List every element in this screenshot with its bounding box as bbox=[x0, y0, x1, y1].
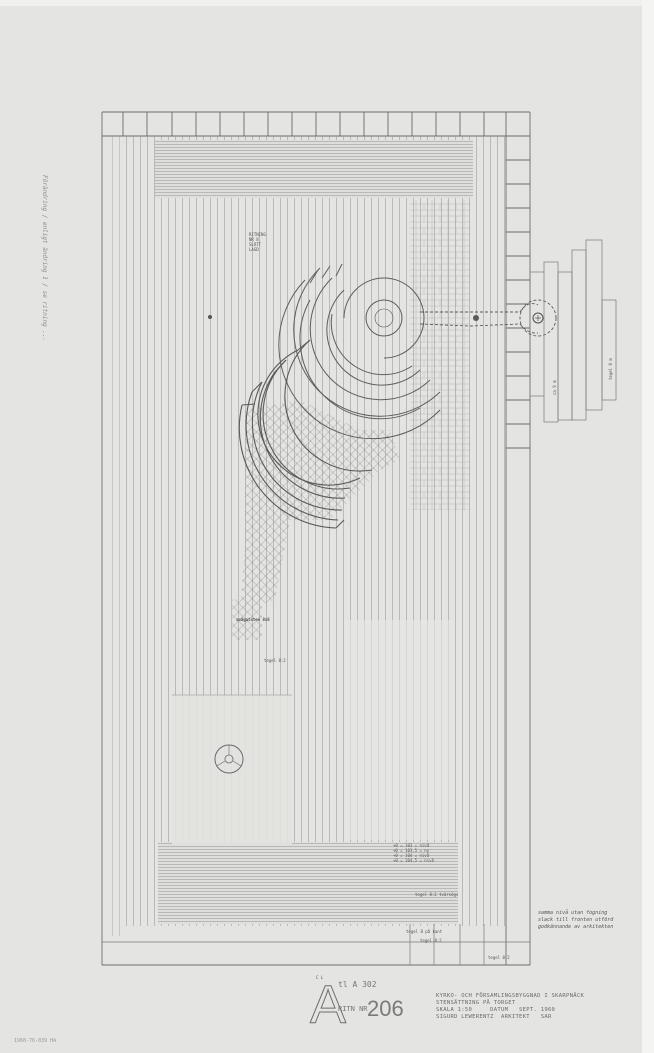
archive-stamp: 1960-76-039 HA bbox=[14, 1038, 56, 1044]
right-drain-circle bbox=[533, 313, 543, 323]
title-line: SKALA 1:50 DATUM SEPT. 1960 bbox=[436, 1007, 584, 1014]
sheet-reference: tl A 302 bbox=[338, 980, 377, 989]
bottom-center-label: C L bbox=[316, 975, 323, 980]
margin-handwritten-note: Förändring / enligt ändring 1 / se ritni… bbox=[41, 175, 48, 341]
paving-label-1: tegel 8:2 tvärsögs bbox=[415, 892, 458, 897]
title-block-text: KYRKO- OCH FÖRSAMLINGSBYGGNAD I SKARPNÄC… bbox=[436, 993, 584, 1021]
brick-label: tegel 8:2 bbox=[264, 658, 286, 663]
level-line: +0 = 104,5 = nivå bbox=[393, 858, 434, 863]
note-line: godkännande av arkitekten bbox=[538, 924, 613, 931]
label-line: LAGD bbox=[249, 247, 266, 252]
side-label-2: tegel 8 m bbox=[608, 358, 613, 380]
side-label-1: ca 9 m bbox=[552, 381, 557, 395]
right-handwritten-note: samma nivå utan fogningslack till fronte… bbox=[538, 910, 613, 931]
drawing-number-label: RITN NR bbox=[338, 1005, 368, 1013]
cobble-label: smågatsten 8x8 bbox=[236, 617, 270, 622]
levels-block: +0 = 103 = nivå+0 = 103,5 = ny+0 = 104 =… bbox=[393, 843, 434, 863]
paving-label-4: tegel 8:2 bbox=[488, 955, 510, 960]
paving-label-2: tegel 8 på kant bbox=[406, 929, 442, 934]
title-line: STENSÄTTNING PÅ TORGET bbox=[436, 1000, 584, 1007]
title-line: SIGURD LEWERENTZ ARKITEKT SAR bbox=[436, 1014, 584, 1021]
title-line: KYRKO- OCH FÖRSAMLINGSBYGGNAD I SKARPNÄC… bbox=[436, 993, 584, 1000]
top-text-block: RITNINGNR 8SLÄTTLAGD bbox=[249, 232, 266, 252]
lower-left-area bbox=[172, 695, 292, 845]
paving-label-3: tegel 8:2 bbox=[420, 938, 442, 943]
channel-node bbox=[473, 315, 479, 321]
note-line: slack till fronten utförd bbox=[538, 917, 613, 924]
site-plan-drawing bbox=[0, 0, 654, 1053]
right-brick-extension bbox=[530, 240, 616, 422]
drawing-number: 206 bbox=[367, 996, 404, 1022]
staggered-brick-area bbox=[410, 200, 470, 510]
note-line: samma nivå utan fogning bbox=[538, 910, 613, 917]
bottom-slab-row bbox=[102, 924, 530, 965]
